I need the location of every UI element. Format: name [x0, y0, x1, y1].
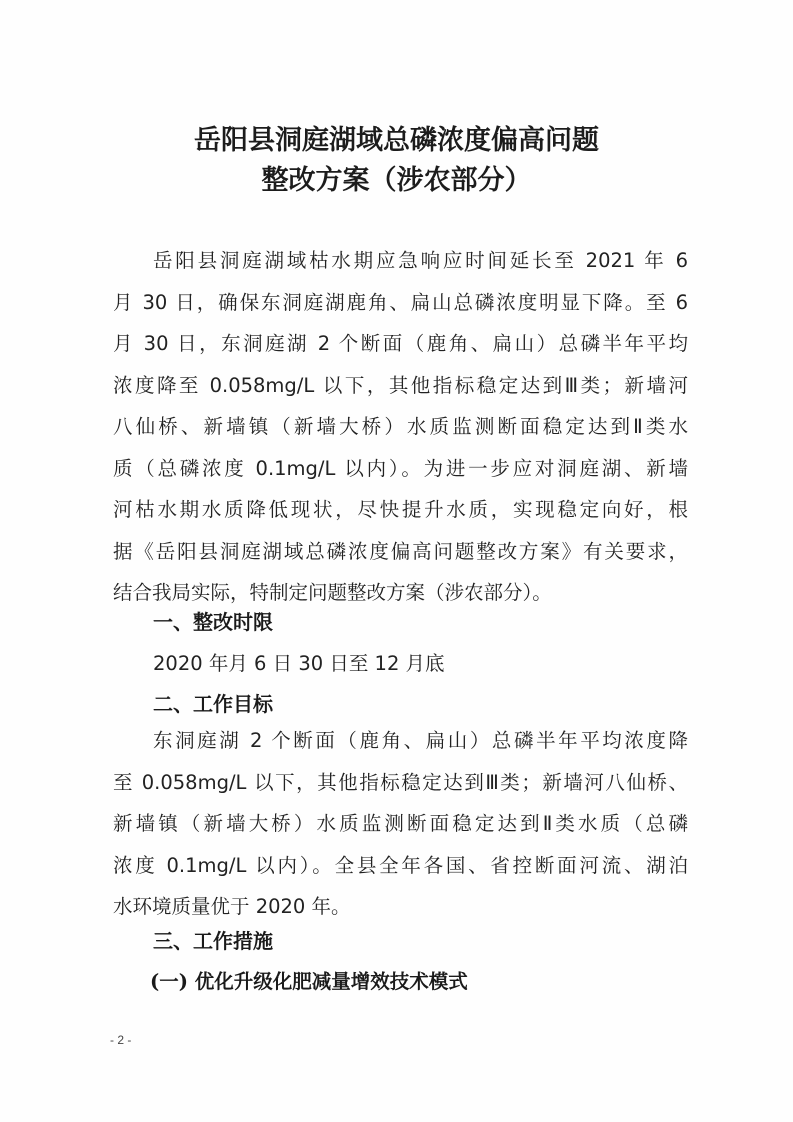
subsection-heading-fertilizer: (一) 优化升级化肥减量增效技术模式	[150, 966, 468, 994]
goals-line: 水环境质量优于 2020 年。	[113, 886, 688, 928]
intro-line: 浓度降至 0.058mg/L 以下，其他指标稳定达到Ⅲ类；新墙河	[113, 365, 688, 407]
intro-paragraph: 岳阳县洞庭湖域枯水期应急响应时间延长至 2021 年 6 月 30 日，确保东洞…	[113, 240, 688, 614]
intro-line: 月 30 日，东洞庭湖 2 个断面（鹿角、扁山）总磷半年平均	[113, 323, 688, 365]
document-title-line-1: 岳阳县洞庭湖域总磷浓度偏高问题	[0, 118, 793, 157]
section-heading-measures: 三、工作措施	[153, 925, 273, 954]
section-heading-timeline: 一、整改时限	[153, 606, 273, 635]
goals-line: 至 0.058mg/L 以下，其他指标稳定达到Ⅲ类；新墙河八仙桥、	[113, 762, 688, 804]
goals-line: 东洞庭湖 2 个断面（鹿角、扁山）总磷半年平均浓度降	[113, 720, 688, 762]
section-timeline-text: 2020 年月 6 日 30 日至 12 月底	[153, 648, 445, 676]
intro-line: 月 30 日，确保东洞庭湖鹿角、扁山总磷浓度明显下降。至 6	[113, 282, 688, 324]
goals-line: 新墙镇（新墙大桥）水质监测断面稳定达到Ⅱ类水质（总磷	[113, 803, 688, 845]
section-heading-goals: 二、工作目标	[153, 688, 273, 717]
intro-line: 质（总磷浓度 0.1mg/L 以内）。为进一步应对洞庭湖、新墙	[113, 448, 688, 490]
intro-line: 河枯水期水质降低现状，尽快提升水质，实现稳定向好，根	[113, 489, 688, 531]
document-page: 岳阳县洞庭湖域总磷浓度偏高问题 整改方案（涉农部分） 岳阳县洞庭湖域枯水期应急响…	[0, 0, 793, 1122]
intro-line: 八仙桥、新墙镇（新墙大桥）水质监测断面稳定达到Ⅱ类水	[113, 406, 688, 448]
document-title-line-2: 整改方案（涉农部分）	[0, 158, 793, 197]
goals-paragraph: 东洞庭湖 2 个断面（鹿角、扁山）总磷半年平均浓度降 至 0.058mg/L 以…	[113, 720, 688, 928]
intro-line: 岳阳县洞庭湖域枯水期应急响应时间延长至 2021 年 6	[113, 240, 688, 282]
page-number: - 2 -	[110, 1033, 131, 1047]
intro-line: 据《岳阳县洞庭湖域总磷浓度偏高问题整改方案》有关要求，	[113, 531, 688, 573]
goals-line: 浓度 0.1mg/L 以内）。全县全年各国、省控断面河流、湖泊	[113, 845, 688, 887]
